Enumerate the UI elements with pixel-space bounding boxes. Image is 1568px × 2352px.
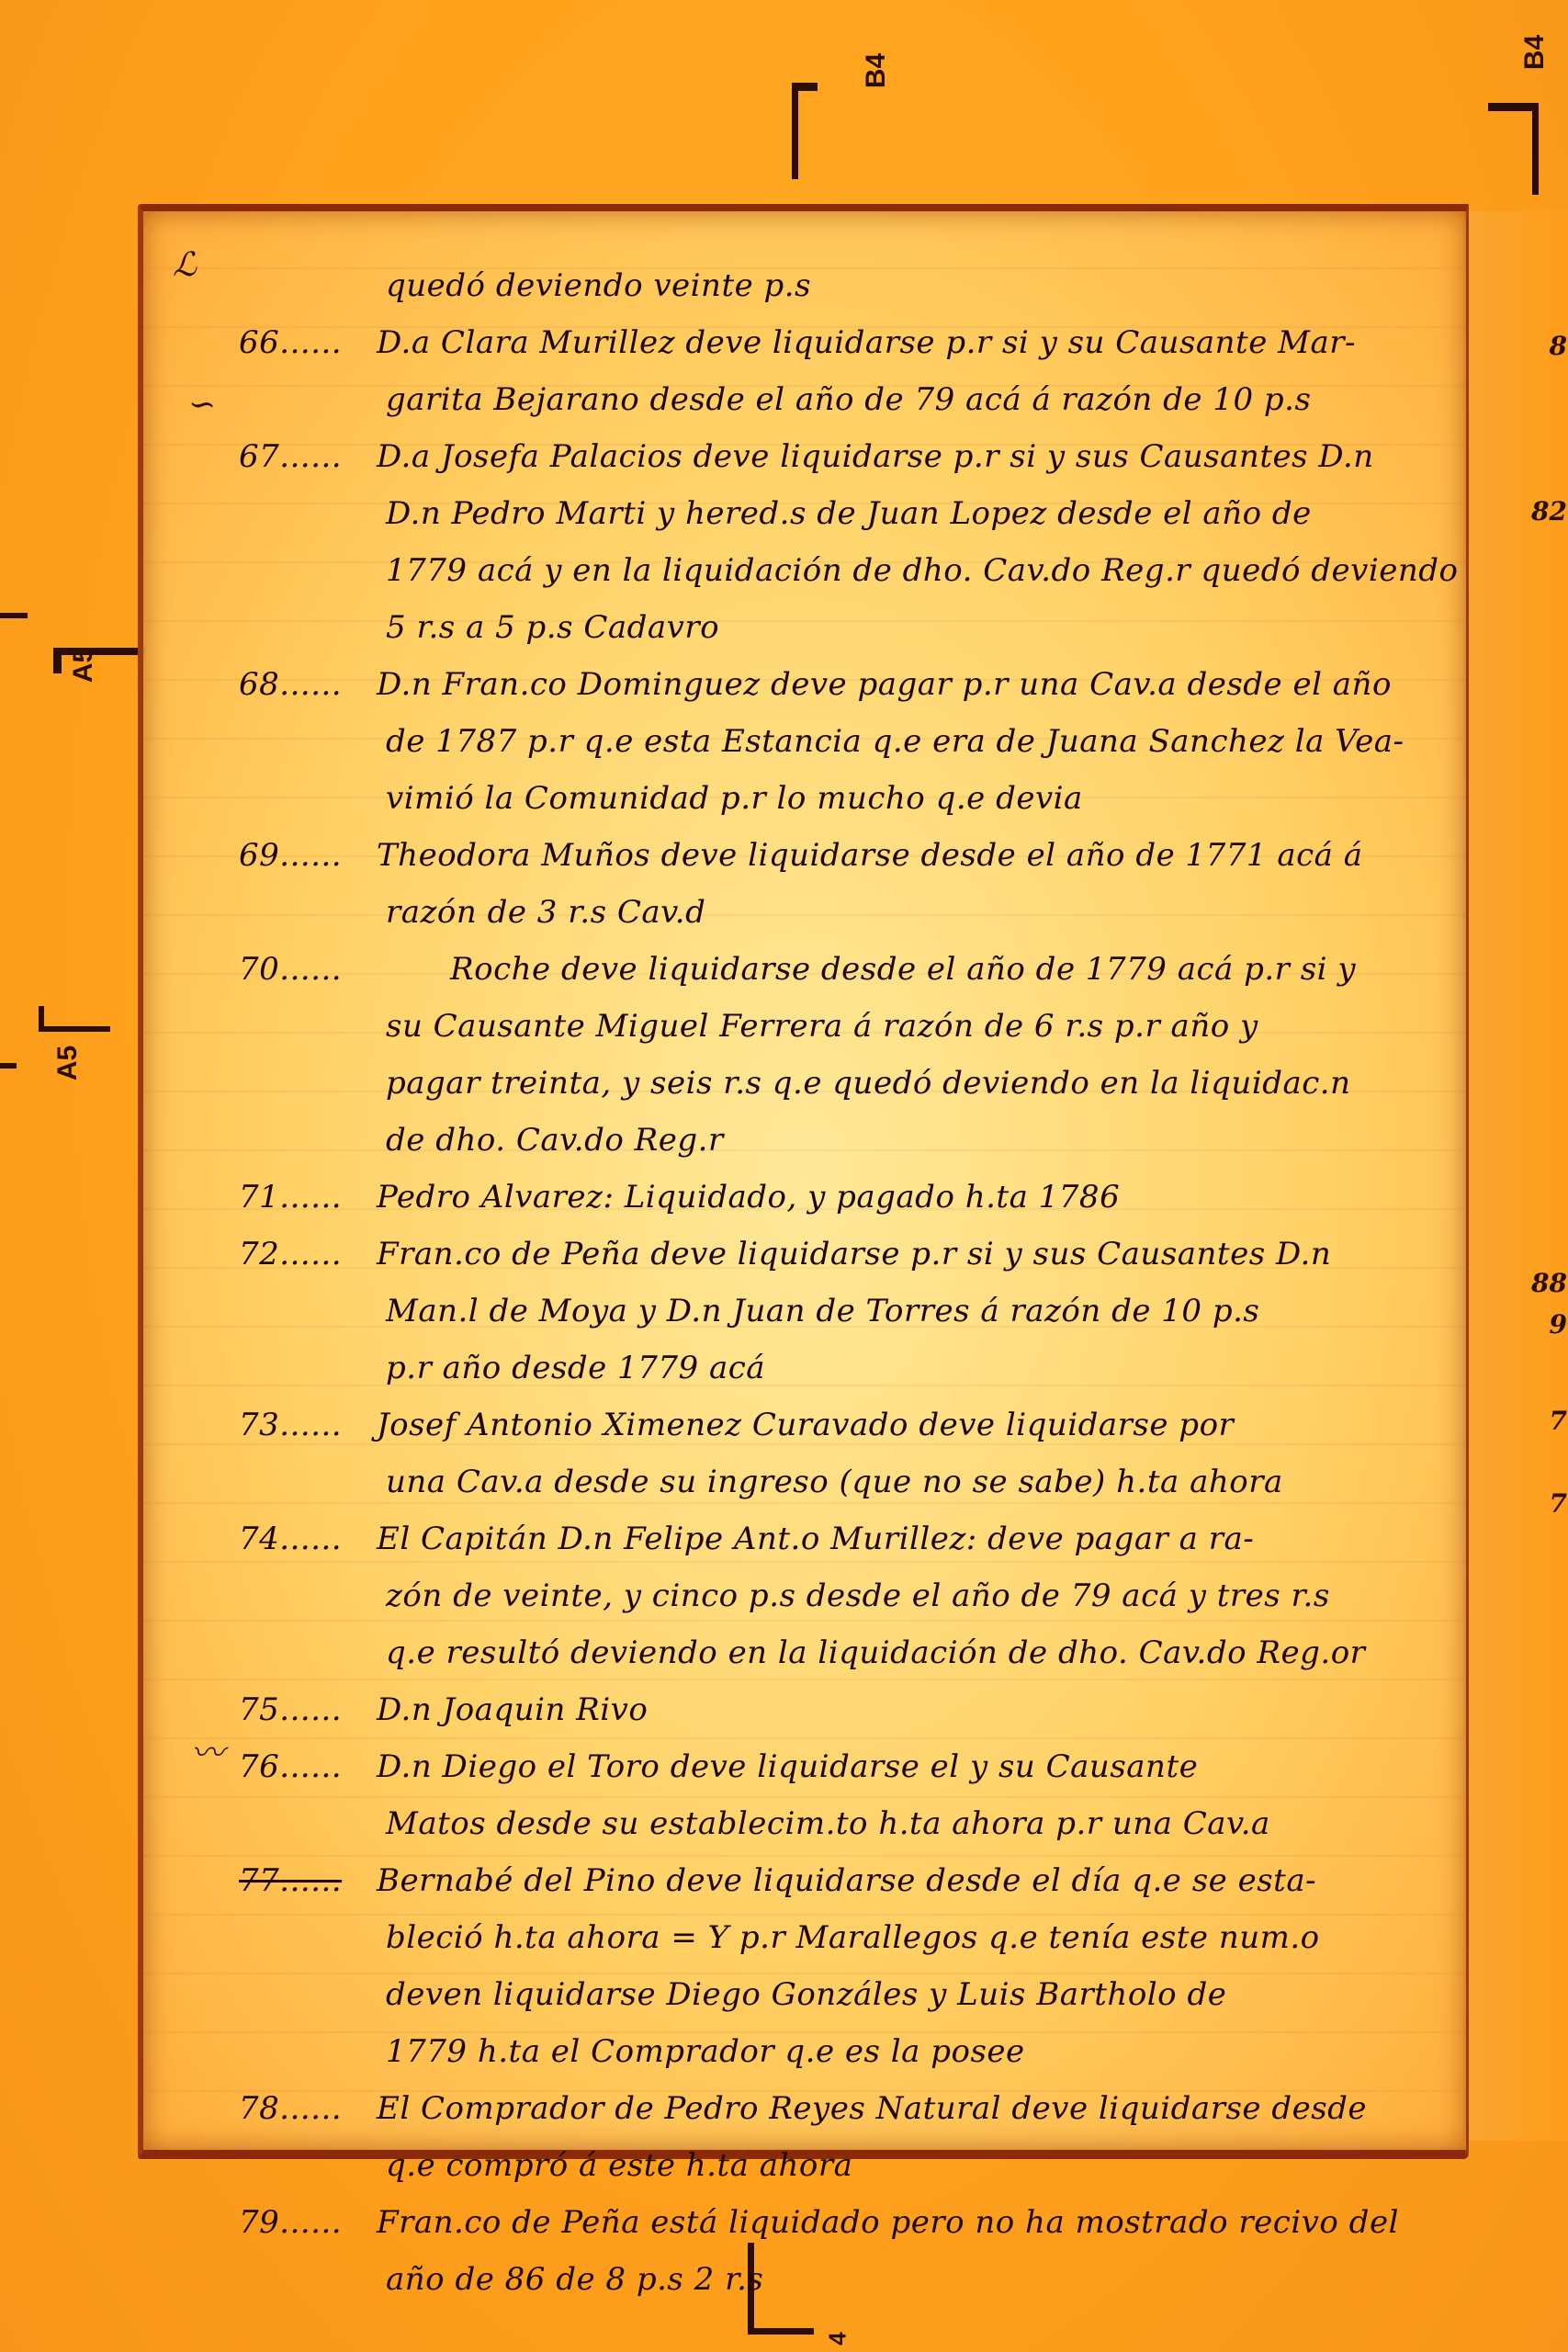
entry-line: de 1787 p.r q.e esta Estancia q.e era de… [377, 713, 1461, 770]
entry-line: año de 86 de 8 p.s 2 r.s [377, 2251, 1461, 2308]
adjacent-page-number: 88 [1531, 1268, 1567, 1298]
ledger-entry: 67...... D.a Josefa Palacios deve liquid… [239, 428, 1461, 656]
entry-number-struck: 77...... [239, 1852, 377, 1909]
margin-flourish-mark: 〰 [191, 1727, 224, 1774]
entry-line: D.n Fran.co Dominguez deve pagar p.r una… [377, 656, 1461, 713]
entry-line: deven liquidarse Diego Gonzáles y Luis B… [377, 1966, 1461, 2023]
entry-number: 69...... [239, 827, 377, 884]
entry-line: q.e resultó deviendo en la liquidación d… [377, 1624, 1461, 1681]
archive-bracket-top-center-v [792, 83, 798, 179]
archive-bracket-top-right-h [1488, 103, 1539, 111]
entry-line: Theodora Muños deve liquidarse desde el … [377, 827, 1461, 884]
entry-number: 67...... [239, 428, 377, 485]
archive-marker-b4-top: B4 [861, 53, 892, 88]
adjacent-page-number: 9 [1550, 1309, 1567, 1340]
entry-line: D.n Diego el Toro deve liquidarse el y s… [377, 1738, 1461, 1795]
ledger-entry: 75...... D.n Joaquin Rivo [239, 1681, 1461, 1738]
entry-line: Man.l de Moya y D.n Juan de Torres á raz… [377, 1283, 1461, 1340]
entry-line: una Cav.a desde su ingreso (que no se sa… [377, 1453, 1461, 1510]
ledger-entry: 72...... Fran.co de Peña deve liquidarse… [239, 1226, 1461, 1396]
ledger-entry: 70...... Roche deve liquidarse desde el … [239, 941, 1461, 1169]
entry-line: pagar treinta, y seis r.s q.e quedó devi… [377, 1055, 1461, 1112]
entry-number: 73...... [239, 1396, 377, 1453]
entry-line: q.e compró á este h.ta ahora [377, 2137, 1461, 2194]
entry-number: 72...... [239, 1226, 377, 1283]
entry-line: p.r año desde 1779 acá [377, 1340, 1461, 1396]
archive-marker-4-bottom: 4 [824, 2332, 852, 2345]
entry-line: vimió la Comunidad p.r lo mucho q.e devi… [377, 770, 1461, 827]
entry-line: Fran.co de Peña está liquidado pero no h… [377, 2194, 1461, 2251]
entry-line: su Causante Miguel Ferrera á razón de 6 … [377, 998, 1461, 1055]
ledger-entry: 66...... D.a Clara Murillez deve liquida… [239, 314, 1461, 428]
carryover-line: quedó deviendo veinte p.s [239, 257, 1461, 314]
ledger-entry: 69...... Theodora Muños deve liquidarse … [239, 827, 1461, 941]
adjacent-page-number: 7 [1550, 1406, 1567, 1436]
entry-number: 66...... [239, 314, 377, 371]
entry-line: Fran.co de Peña deve liquidarse p.r si y… [377, 1226, 1461, 1283]
entry-line: garita Bejarano desde el año de 79 acá á… [377, 371, 1461, 428]
margin-flourish-mark: ∽ [188, 386, 216, 424]
entry-number: 75...... [239, 1681, 377, 1738]
entry-line: El Capitán D.n Felipe Ant.o Murillez: de… [377, 1510, 1461, 1567]
entry-line: El Comprador de Pedro Reyes Natural deve… [377, 2080, 1461, 2137]
ledger-entries: quedó deviendo veinte p.s 66...... D.a C… [239, 257, 1461, 2308]
entry-line: 5 r.s a 5 p.s Cadavro [377, 599, 1461, 656]
ledger-entry: 73...... Josef Antonio Ximenez Curavado … [239, 1396, 1461, 1510]
entry-line: Pedro Alvarez: Liquidado, y pagado h.ta … [377, 1169, 1461, 1226]
archive-marker-a5-lower: A5 [52, 1046, 84, 1080]
entry-line: Matos desde su establecim.to h.ta ahora … [377, 1795, 1461, 1852]
ledger-entry: 78...... El Comprador de Pedro Reyes Nat… [239, 2080, 1461, 2194]
margin-flourish-mark: ℒ [173, 246, 197, 284]
adjacent-page-edge: 8 82 88 9 7 7 [1463, 211, 1568, 2141]
entry-line: zón de veinte, y cinco p.s desde el año … [377, 1567, 1461, 1624]
entry-line: D.a Josefa Palacios deve liquidarse p.r … [377, 428, 1461, 485]
entry-line: de dho. Cav.do Reg.r [377, 1112, 1461, 1169]
archive-bracket-top-right-v [1532, 103, 1539, 195]
entry-line: D.n Pedro Marti y hered.s de Juan Lopez … [377, 485, 1461, 542]
entry-line: D.a Clara Murillez deve liquidarse p.r s… [377, 314, 1461, 371]
entry-number: 71...... [239, 1169, 377, 1226]
entry-line: Bernabé del Pino deve liquidarse desde e… [377, 1852, 1461, 1909]
archive-bracket-left-lower-h [39, 1026, 110, 1032]
archive-tick-left-1 [0, 613, 28, 618]
ledger-entry: 74...... El Capitán D.n Felipe Ant.o Mur… [239, 1510, 1461, 1681]
entry-line: Roche deve liquidarse desde el año de 17… [377, 941, 1461, 998]
archive-bracket-left-upper-h [53, 648, 145, 655]
adjacent-page-number: 8 [1550, 331, 1567, 361]
entry-line: 1779 h.ta el Comprador q.e es la posee [377, 2023, 1461, 2080]
ledger-entry: 71...... Pedro Alvarez: Liquidado, y pag… [239, 1169, 1461, 1226]
entry-number: 76...... [239, 1738, 377, 1795]
ledger-entry: 76...... D.n Diego el Toro deve liquidar… [239, 1738, 1461, 1852]
entry-line: Josef Antonio Ximenez Curavado deve liqu… [377, 1396, 1461, 1453]
archive-marker-b4-right: B4 [1519, 35, 1551, 70]
entry-line: 1779 acá y en la liquidación de dho. Cav… [377, 542, 1461, 599]
adjacent-page-number: 82 [1531, 496, 1567, 526]
adjacent-page-number: 7 [1550, 1488, 1567, 1519]
ledger-entry: 79...... Fran.co de Peña está liquidado … [239, 2194, 1461, 2308]
archive-bracket-left-upper-v [53, 648, 62, 673]
entry-line: razón de 3 r.s Cav.d [377, 884, 1461, 941]
ledger-entry: 68...... D.n Fran.co Dominguez deve paga… [239, 656, 1461, 827]
archive-bracket-bottom-h [748, 2328, 814, 2335]
archive-bracket-left-lower-v [39, 1006, 44, 1032]
entry-number: 70...... [239, 941, 377, 998]
ledger-entry: 77...... Bernabé del Pino deve liquidars… [239, 1852, 1461, 2080]
archive-tick-left-2 [0, 1063, 17, 1069]
entry-number: 78...... [239, 2080, 377, 2137]
entry-line: D.n Joaquin Rivo [377, 1681, 1461, 1738]
entry-number: 68...... [239, 656, 377, 713]
entry-number: 79...... [239, 2194, 377, 2251]
entry-number: 74...... [239, 1510, 377, 1567]
entry-line: bleció h.ta ahora = Y p.r Marallegos q.e… [377, 1909, 1461, 1966]
